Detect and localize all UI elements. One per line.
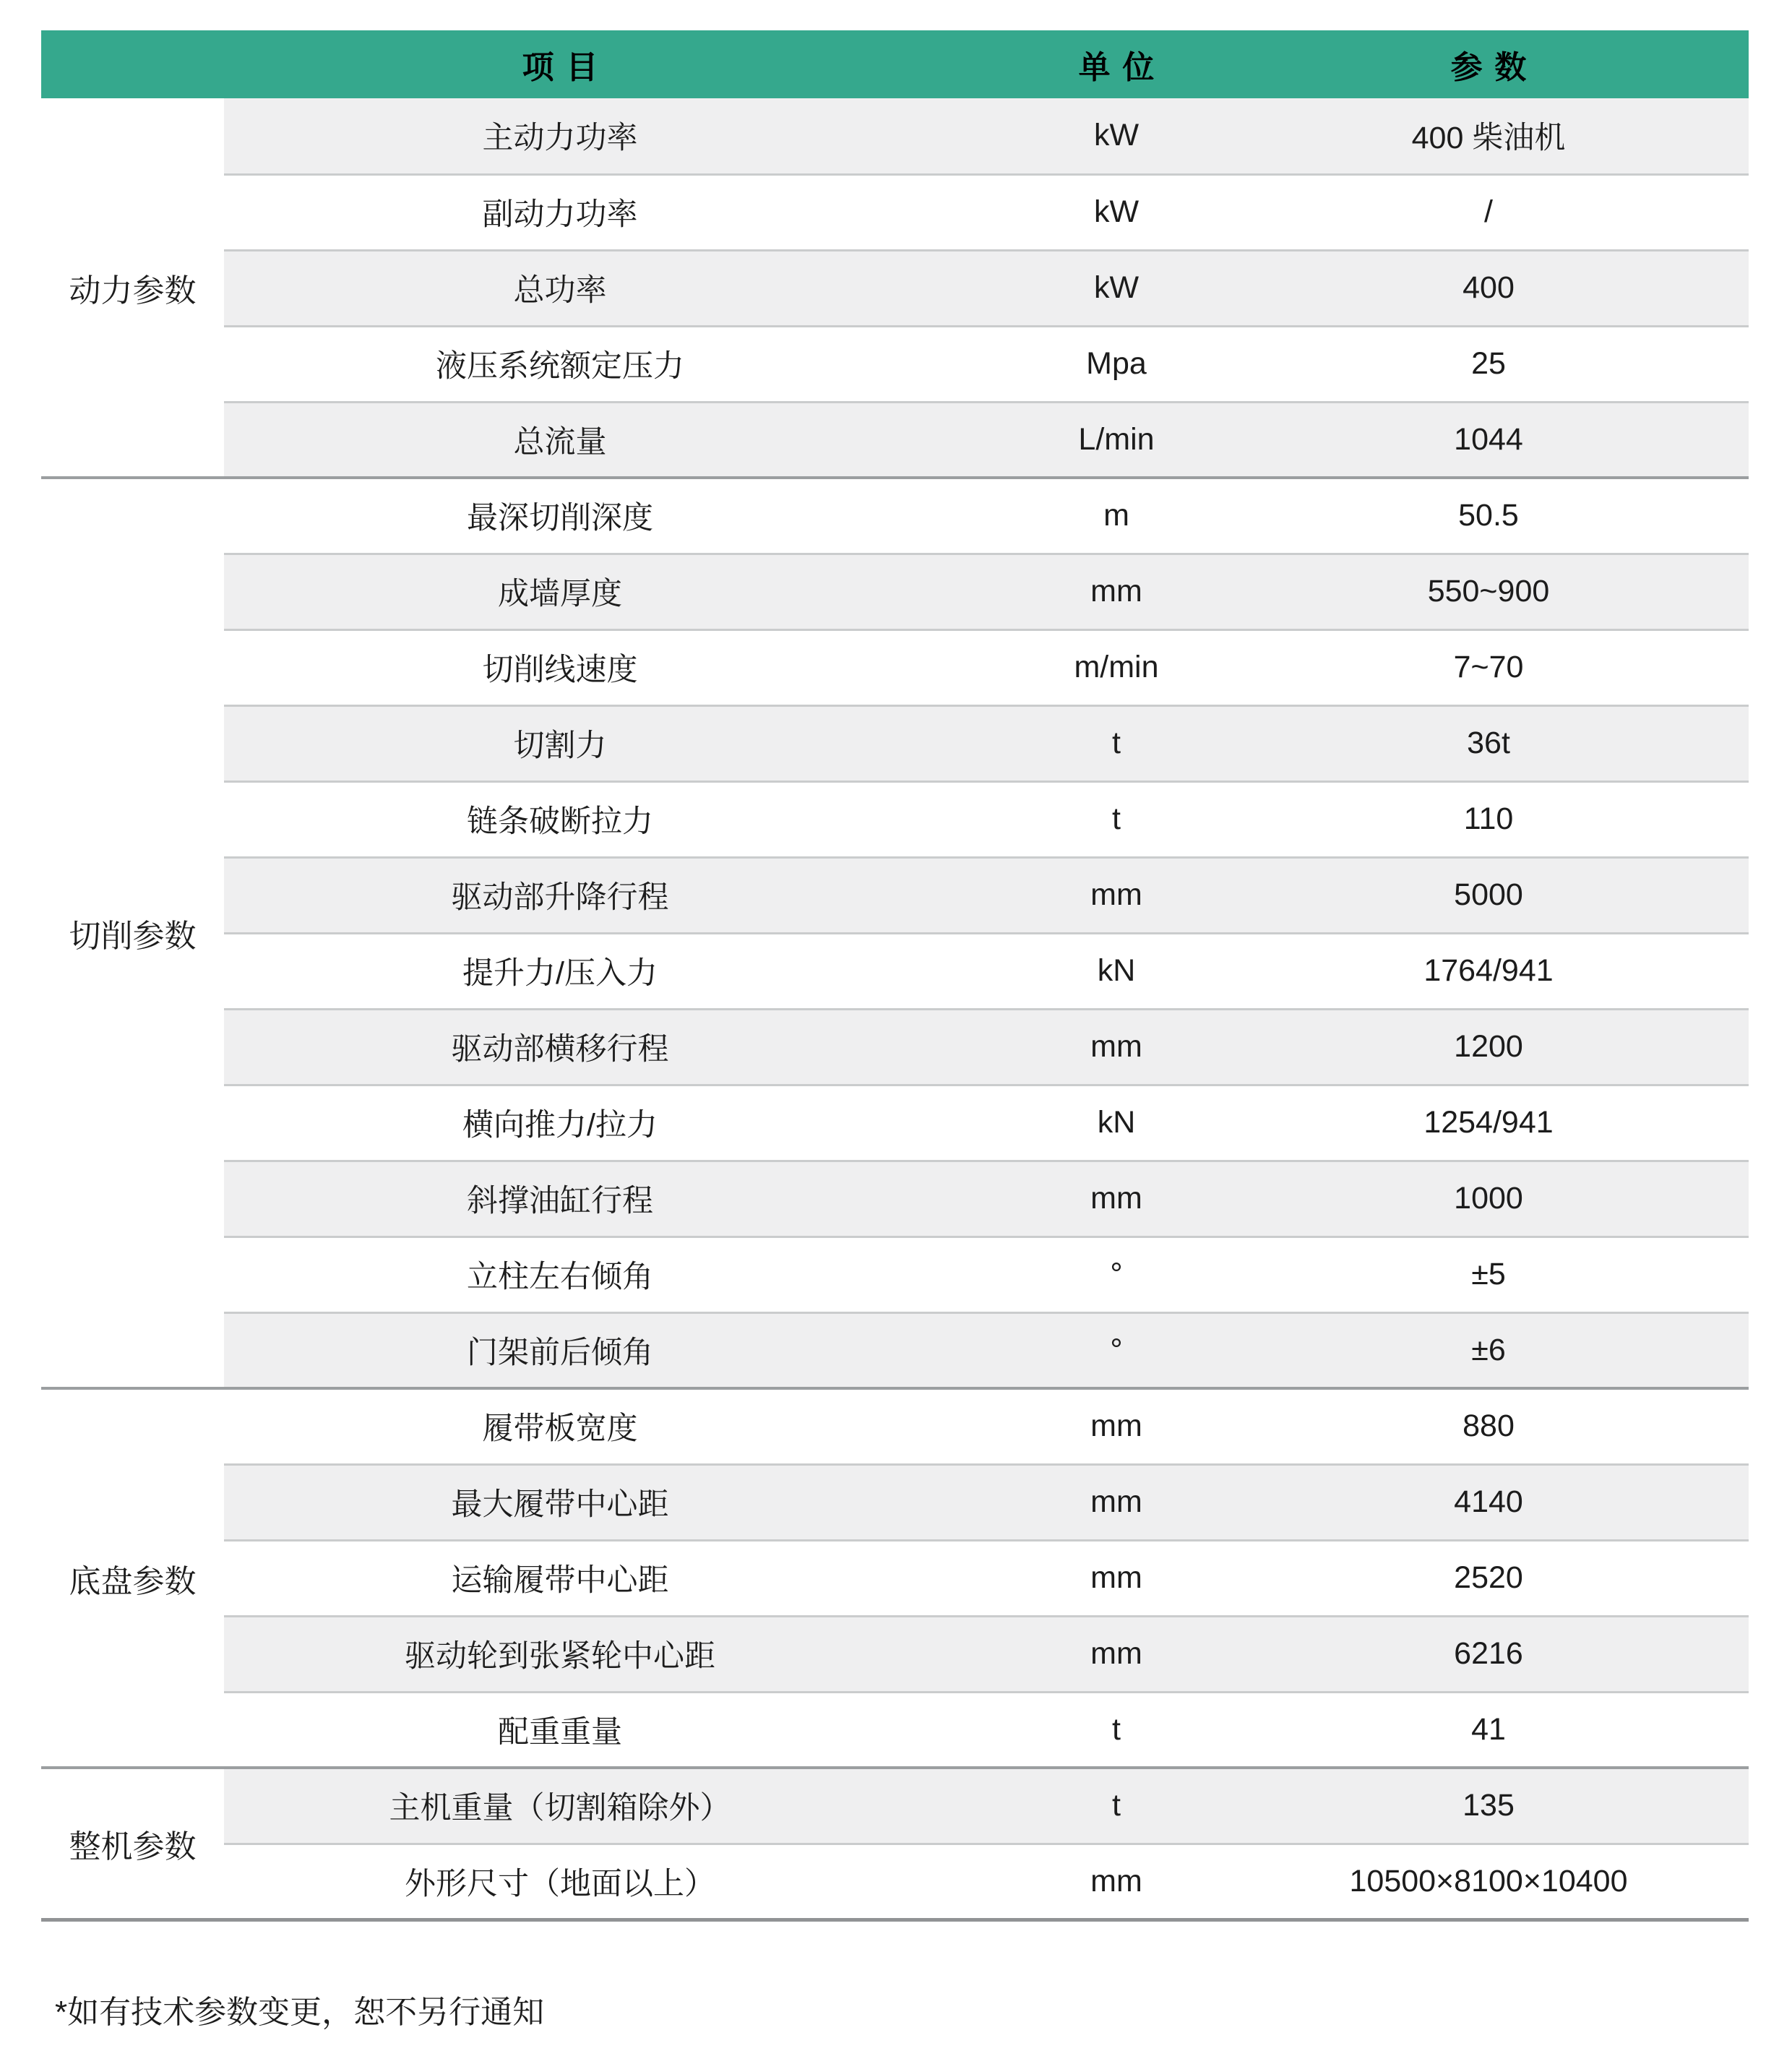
table-row: 成墙厚度mm550~900 (41, 554, 1749, 629)
column-header-item: 项目 (224, 30, 896, 98)
row-value: 1764/941 (1337, 933, 1640, 1009)
column-header-param: 参数 (1337, 30, 1640, 98)
row-item: 主机重量（切割箱除外） (224, 1768, 896, 1844)
header-corner (41, 30, 224, 98)
row-unit: mm (896, 1844, 1337, 1919)
table-row: 横向推力/拉力kN1254/941 (41, 1085, 1749, 1161)
row-item: 最大履带中心距 (224, 1464, 896, 1540)
table-row: 立柱左右倾角°±5 (41, 1237, 1749, 1312)
row-value: 4140 (1337, 1464, 1640, 1540)
table-row: 总功率kW400 (41, 250, 1749, 326)
table-row: 外形尺寸（地面以上）mm10500×8100×10400 (41, 1844, 1749, 1919)
row-value: 135 (1337, 1768, 1640, 1844)
row-unit: mm (896, 1161, 1337, 1237)
table-row: 总流量L/min1044 (41, 402, 1749, 478)
table-row: 整机参数主机重量（切割箱除外）t135 (41, 1768, 1749, 1844)
spec-table: 项目 单位 参数 动力参数主动力功率kW400 柴油机副动力功率kW/总功率kW… (41, 30, 1749, 1922)
row-unit: kW (896, 98, 1337, 174)
table-row: 配重重量t41 (41, 1692, 1749, 1768)
row-unit: t (896, 781, 1337, 857)
row-unit: L/min (896, 402, 1337, 478)
row-unit: ° (896, 1312, 1337, 1388)
page: 项目 单位 参数 动力参数主动力功率kW400 柴油机副动力功率kW/总功率kW… (0, 0, 1792, 2064)
group-label: 整机参数 (41, 1768, 224, 1919)
row-spacer (1640, 326, 1749, 402)
group-label: 动力参数 (41, 98, 224, 478)
table-row: 切削参数最深切削深度m50.5 (41, 478, 1749, 554)
header-spacer (1640, 30, 1749, 98)
row-value: 5000 (1337, 857, 1640, 933)
row-value: 2520 (1337, 1540, 1640, 1616)
row-value: 1254/941 (1337, 1085, 1640, 1161)
table-row: 运输履带中心距mm2520 (41, 1540, 1749, 1616)
row-item: 驱动部升降行程 (224, 857, 896, 933)
row-unit: Mpa (896, 326, 1337, 402)
row-item: 驱动部横移行程 (224, 1009, 896, 1085)
row-value: 50.5 (1337, 478, 1640, 554)
row-item: 主动力功率 (224, 98, 896, 174)
row-item: 成墙厚度 (224, 554, 896, 629)
row-unit: kN (896, 933, 1337, 1009)
row-unit: kW (896, 250, 1337, 326)
row-value: / (1337, 174, 1640, 250)
row-item: 链条破断拉力 (224, 781, 896, 857)
table-row: 链条破断拉力t110 (41, 781, 1749, 857)
table-row: 最大履带中心距mm4140 (41, 1464, 1749, 1540)
table-row: 斜撑油缸行程mm1000 (41, 1161, 1749, 1237)
row-item: 立柱左右倾角 (224, 1237, 896, 1312)
row-spacer (1640, 629, 1749, 705)
row-value: 1044 (1337, 402, 1640, 478)
row-spacer (1640, 1161, 1749, 1237)
row-spacer (1640, 478, 1749, 554)
row-value: 1000 (1337, 1161, 1640, 1237)
table-row: 副动力功率kW/ (41, 174, 1749, 250)
row-unit: t (896, 1768, 1337, 1844)
row-unit: mm (896, 1464, 1337, 1540)
table-row: 切割力t36t (41, 705, 1749, 781)
row-value: 400 柴油机 (1337, 98, 1640, 174)
table-row: 动力参数主动力功率kW400 柴油机 (41, 98, 1749, 174)
row-value: 880 (1337, 1388, 1640, 1464)
row-spacer (1640, 933, 1749, 1009)
row-spacer (1640, 1312, 1749, 1388)
row-value: 400 (1337, 250, 1640, 326)
row-unit: mm (896, 1616, 1337, 1692)
table-row: 切削线速度m/min7~70 (41, 629, 1749, 705)
row-spacer (1640, 1085, 1749, 1161)
row-spacer (1640, 1768, 1749, 1844)
table-row: 提升力/压入力kN1764/941 (41, 933, 1749, 1009)
table-row: 驱动轮到张紧轮中心距mm6216 (41, 1616, 1749, 1692)
table-row: 底盘参数履带板宽度mm880 (41, 1388, 1749, 1464)
header-row: 项目 单位 参数 (41, 30, 1749, 98)
row-unit: m (896, 478, 1337, 554)
group-label: 底盘参数 (41, 1388, 224, 1768)
row-item: 横向推力/拉力 (224, 1085, 896, 1161)
row-value: 110 (1337, 781, 1640, 857)
footnote: *如有技术参数变更，恕不另行通知 (55, 1986, 544, 2032)
row-item: 驱动轮到张紧轮中心距 (224, 1616, 896, 1692)
row-item: 履带板宽度 (224, 1388, 896, 1464)
row-unit: kN (896, 1085, 1337, 1161)
table-row: 驱动部横移行程mm1200 (41, 1009, 1749, 1085)
row-item: 总功率 (224, 250, 896, 326)
row-unit: mm (896, 1540, 1337, 1616)
row-value: 550~900 (1337, 554, 1640, 629)
row-spacer (1640, 250, 1749, 326)
row-item: 切削线速度 (224, 629, 896, 705)
row-spacer (1640, 1692, 1749, 1768)
row-item: 最深切削深度 (224, 478, 896, 554)
row-unit: mm (896, 857, 1337, 933)
row-spacer (1640, 98, 1749, 174)
row-spacer (1640, 1464, 1749, 1540)
row-spacer (1640, 1844, 1749, 1919)
row-value: 7~70 (1337, 629, 1640, 705)
row-item: 总流量 (224, 402, 896, 478)
group-label: 切削参数 (41, 478, 224, 1388)
row-value: 25 (1337, 326, 1640, 402)
row-item: 斜撑油缸行程 (224, 1161, 896, 1237)
row-spacer (1640, 705, 1749, 781)
row-value: 41 (1337, 1692, 1640, 1768)
row-item: 切割力 (224, 705, 896, 781)
row-spacer (1640, 1616, 1749, 1692)
table-row: 液压系统额定压力Mpa25 (41, 326, 1749, 402)
row-spacer (1640, 1540, 1749, 1616)
row-item: 副动力功率 (224, 174, 896, 250)
row-item: 配重重量 (224, 1692, 896, 1768)
row-value: 36t (1337, 705, 1640, 781)
row-spacer (1640, 1388, 1749, 1464)
row-unit: mm (896, 1009, 1337, 1085)
row-unit: ° (896, 1237, 1337, 1312)
row-spacer (1640, 1237, 1749, 1312)
row-value: 6216 (1337, 1616, 1640, 1692)
row-spacer (1640, 1009, 1749, 1085)
column-header-unit: 单位 (896, 30, 1337, 98)
row-unit: mm (896, 1388, 1337, 1464)
row-spacer (1640, 554, 1749, 629)
row-unit: m/min (896, 629, 1337, 705)
row-unit: kW (896, 174, 1337, 250)
row-unit: t (896, 1692, 1337, 1768)
row-unit: mm (896, 554, 1337, 629)
row-spacer (1640, 857, 1749, 933)
row-item: 提升力/压入力 (224, 933, 896, 1009)
row-item: 运输履带中心距 (224, 1540, 896, 1616)
row-item: 门架前后倾角 (224, 1312, 896, 1388)
row-value: 10500×8100×10400 (1337, 1844, 1640, 1919)
row-item: 液压系统额定压力 (224, 326, 896, 402)
row-item: 外形尺寸（地面以上） (224, 1844, 896, 1919)
row-spacer (1640, 174, 1749, 250)
row-unit: t (896, 705, 1337, 781)
row-value: 1200 (1337, 1009, 1640, 1085)
table-row: 驱动部升降行程mm5000 (41, 857, 1749, 933)
row-value: ±5 (1337, 1237, 1640, 1312)
table-row: 门架前后倾角°±6 (41, 1312, 1749, 1388)
row-spacer (1640, 781, 1749, 857)
row-spacer (1640, 402, 1749, 478)
row-value: ±6 (1337, 1312, 1640, 1388)
